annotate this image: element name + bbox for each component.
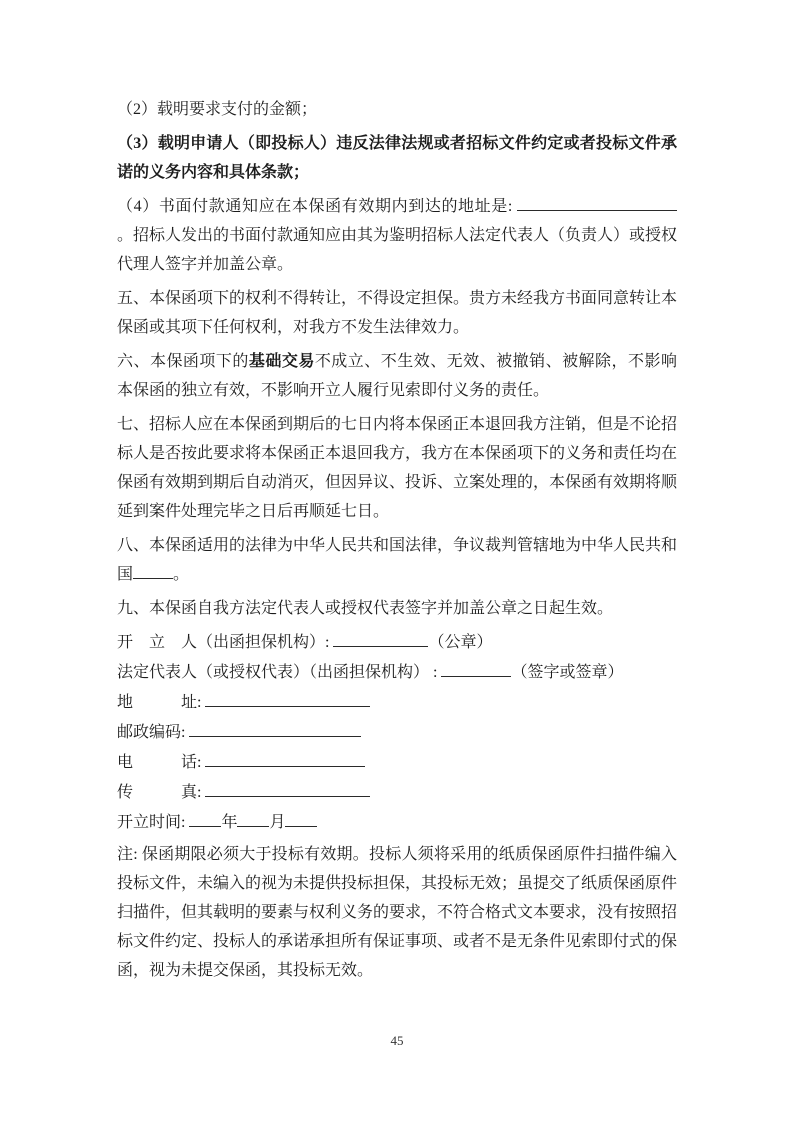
- field-legal-rep: 法定代表人（或授权代表）（出函担保机构） : （签字或签章）: [117, 658, 677, 688]
- item-4: （4）书面付款通知应在本保函有效期内到达的地址是: 。招标人发出的书面付款通知应…: [117, 192, 677, 279]
- text-run: （2）载明要求支付的金额；: [117, 101, 317, 118]
- blank-underline: [133, 563, 173, 579]
- clause-6: 六、本保函项下的基础交易不成立、不生效、无效、被撤销、被解除，不影响本保函的独立…: [117, 347, 677, 405]
- note: 注: 保函期限必须大于投标有效期。投标人须将采用的纸质保函原件扫描件编入投标文件…: [117, 840, 677, 985]
- blank-underline: [517, 195, 677, 211]
- text-run: 法定代表人（或授权代表）（出函担保机构） :: [117, 664, 441, 681]
- text-run: 年: [221, 814, 237, 831]
- blank-underline: [333, 631, 428, 647]
- text-run: 开立时间:: [117, 814, 189, 831]
- field-issue-date: 开立时间: 年月: [117, 808, 677, 838]
- clause-7: 七、招标人应在本保函到期后的七日内将本保函正本退回我方注销，但是不论招标人是否按…: [117, 410, 677, 526]
- field-issuer: 开 立 人（出函担保机构）: （公章）: [117, 628, 677, 658]
- blank-underline: [441, 661, 511, 677]
- blank-underline: [205, 781, 370, 797]
- document-page: （2）载明要求支付的金额；（3）载明申请人（即投标人）违反法律法规或者招标文件约…: [0, 0, 794, 1122]
- text-run: 五、本保函项下的权利不得转让，不得设定担保。贵方未经我方书面同意转让本保函或其项…: [117, 290, 677, 336]
- text-run: 传 真:: [117, 784, 205, 801]
- clause-5: 五、本保函项下的权利不得转让，不得设定担保。贵方未经我方书面同意转让本保函或其项…: [117, 284, 677, 342]
- text-run: （签字或签章）: [511, 664, 623, 681]
- text-run: 八、本保函适用的法律为中华人民共和国法律，争议裁判管辖地为中华人民共和国: [117, 537, 677, 583]
- text-run: 。: [173, 566, 189, 583]
- item-3: （3）载明申请人（即投标人）违反法律法规或者招标文件约定或者投标文件承诺的义务内…: [117, 129, 677, 187]
- bold-text-run: 基础交易: [249, 353, 315, 370]
- text-run: 六、本保函项下的: [117, 353, 249, 370]
- page-number: 45: [0, 1033, 794, 1049]
- clause-8: 八、本保函适用的法律为中华人民共和国法律，争议裁判管辖地为中华人民共和国。: [117, 531, 677, 589]
- blank-underline: [205, 751, 365, 767]
- text-run: 。招标人发出的书面付款通知应由其为鉴明招标人法定代表人（负责人）或授权代理人签字…: [117, 227, 677, 273]
- field-fax: 传 真:: [117, 778, 677, 808]
- blank-underline: [189, 721, 361, 737]
- text-run: 注: 保函期限必须大于投标有效期。投标人须将采用的纸质保函原件扫描件编入投标文件…: [117, 846, 677, 979]
- text-run: 开 立 人（出函担保机构）:: [117, 634, 333, 651]
- blank-underline: [285, 811, 317, 827]
- text-run: 月: [269, 814, 285, 831]
- item-2: （2）载明要求支付的金额；: [117, 95, 677, 124]
- field-phone: 电 话:: [117, 748, 677, 778]
- text-run: 地 址:: [117, 694, 205, 711]
- clause-9: 九、本保函自我方法定代表人或授权代表签字并加盖公章之日起生效。: [117, 594, 677, 623]
- field-postcode: 邮政编码:: [117, 718, 677, 748]
- blank-underline: [237, 811, 269, 827]
- text-run: 九、本保函自我方法定代表人或授权代表签字并加盖公章之日起生效。: [117, 600, 613, 617]
- text-run: （3）载明申请人（即投标人）违反法律法规或者招标文件约定或者投标文件承诺的义务内…: [117, 135, 677, 181]
- field-address: 地 址:: [117, 688, 677, 718]
- text-run: （公章）: [428, 634, 492, 651]
- blank-underline: [205, 691, 370, 707]
- blank-underline: [189, 811, 221, 827]
- text-run: （4）书面付款通知应在本保函有效期内到达的地址是:: [117, 198, 517, 215]
- text-run: 邮政编码:: [117, 724, 189, 741]
- document-body: （2）载明要求支付的金额；（3）载明申请人（即投标人）违反法律法规或者招标文件约…: [117, 95, 677, 990]
- text-run: 七、招标人应在本保函到期后的七日内将本保函正本退回我方注销，但是不论招标人是否按…: [117, 416, 677, 520]
- text-run: 电 话:: [117, 754, 205, 771]
